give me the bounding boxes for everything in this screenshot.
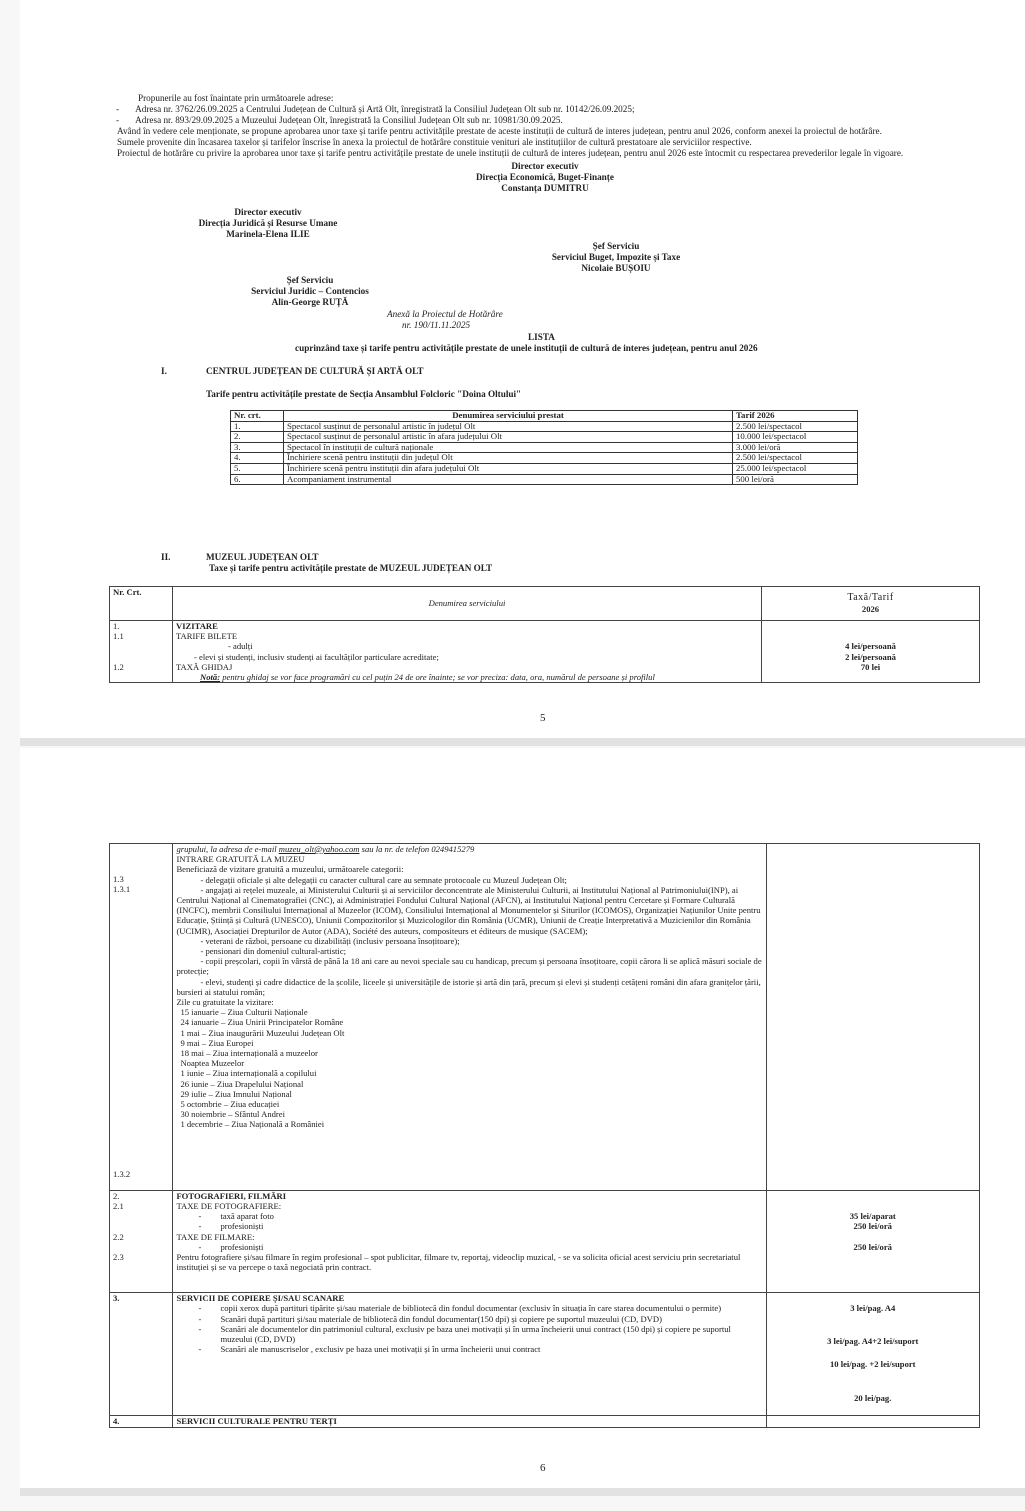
copy-item: copii xerox după partituri tipărite și/s… bbox=[176, 1303, 762, 1313]
fee-scan-manuscrise: 20 lei/pag. bbox=[770, 1393, 976, 1403]
tariff: 25.000 lei/spectacol bbox=[733, 463, 858, 474]
table-row: 2.Spectacol susținut de personalul artis… bbox=[231, 432, 858, 443]
copy-item: Scanări după partituri și/sau materiale … bbox=[176, 1314, 762, 1324]
intro-paragraph-3: Proiectul de hotărâre cu privire la apro… bbox=[117, 148, 903, 159]
section-1-number: I. bbox=[161, 366, 167, 377]
free-day-item: 1 decembrie – Ziua Națională a României bbox=[176, 1119, 762, 1129]
table-row: 5.Închiriere scenă pentru instituții din… bbox=[231, 463, 858, 474]
category-item: - veterani de război, persoane cu dizabi… bbox=[176, 936, 762, 946]
intro-paragraph-2: Sumele provenite din încasarea taxelor ș… bbox=[117, 137, 752, 148]
free-day-item: 9 mai – Ziua Europei bbox=[176, 1038, 762, 1048]
contact-line: grupului, la adresa de e-mail muzeu_olt@… bbox=[176, 844, 762, 854]
signature-contencios: Șef Serviciu Serviciul Juridic – Contenc… bbox=[220, 275, 400, 308]
row-number: 1. bbox=[231, 421, 284, 432]
annex-label: Anexă la Proiectul de Hotărâre bbox=[387, 309, 503, 320]
fee-prof-foto: 250 lei/oră bbox=[770, 1221, 976, 1231]
fee-adulti: 4 lei/persoană bbox=[765, 641, 976, 651]
section-1-subtitle: Tarife pentru activitățile prestate de S… bbox=[206, 389, 521, 400]
header-nr-crt: Nr. Crt. bbox=[110, 587, 173, 621]
service-name: Închiriere scenă pentru instituții din a… bbox=[284, 463, 733, 474]
fee-scan-doc: 3 lei/pag. A4+2 lei/suport bbox=[770, 1336, 976, 1346]
free-day-item: 18 mai – Ziua internațională a muzeelor bbox=[176, 1048, 762, 1058]
address-2: - Adresa nr. 893/29.09.2025 a Muzeului J… bbox=[116, 115, 563, 126]
table-row: 1.Spectacol susținut de personalul artis… bbox=[231, 421, 858, 432]
list-title: LISTA bbox=[528, 332, 555, 343]
tariff: 3.000 lei/oră bbox=[733, 442, 858, 453]
signature-buget: Șef Serviciu Serviciul Buget, Impozite ș… bbox=[520, 241, 712, 274]
table-row: 6.Acompaniament instrumental500 lei/oră bbox=[231, 474, 858, 485]
email-link[interactable]: muzeu_olt@yahoo.com bbox=[279, 844, 360, 854]
service-name: Spectacol în instituții de cultură națio… bbox=[284, 442, 733, 453]
category-item: - pensionari din domeniul cultural-artis… bbox=[176, 946, 762, 956]
page-separator bbox=[20, 1488, 1025, 1496]
free-day-item: 1 mai – Ziua inaugurării Muzeului Județe… bbox=[176, 1028, 762, 1038]
free-day-item: 24 ianuarie – Ziua Unirii Principatelor … bbox=[176, 1017, 762, 1027]
page-number-6: 6 bbox=[540, 1462, 546, 1474]
section-1-table: Nr. crt. Denumirea serviciului prestat T… bbox=[230, 410, 858, 485]
tariff: 2.500 lei/spectacol bbox=[733, 421, 858, 432]
section-1-title: CENTRUL JUDEȚEAN DE CULTURĂ ȘI ARTĂ OLT bbox=[206, 366, 424, 377]
free-days-list: 15 ianuarie – Ziua Culturii Naționale24 … bbox=[176, 1007, 762, 1129]
page-number-5: 5 bbox=[540, 712, 546, 724]
table-row: 3.Spectacol în instituții de cultură naț… bbox=[231, 442, 858, 453]
free-day-item: Noaptea Muzeelor bbox=[176, 1058, 762, 1068]
categories-list: - delegații oficiale și alte delegații c… bbox=[176, 875, 762, 997]
intro-paragraph-1: Având în vedere cele menționate, se prop… bbox=[117, 126, 882, 137]
header-tarif: Tarif 2026 bbox=[733, 411, 858, 422]
signature-juridica: Director executiv Direcția Juridică și R… bbox=[168, 207, 368, 240]
row-number: 4. bbox=[231, 453, 284, 464]
category-item: - angajați ai rețelei muzeale, ai Minist… bbox=[176, 885, 762, 936]
fee-elevi: 2 lei/persoană bbox=[765, 652, 976, 662]
copy-item: Scanări ale manuscriselor , exclusiv pe … bbox=[176, 1344, 762, 1354]
ghidaj-note: Notă: pentru ghidaj se vor face programă… bbox=[176, 672, 758, 682]
category-item: - copii preșcolari, copii în vârstă de p… bbox=[176, 956, 762, 976]
category-item: - elevi, studenți și cadre didactice de … bbox=[176, 977, 762, 997]
tariff: 10.000 lei/spectacol bbox=[733, 432, 858, 443]
category-item: - delegații oficiale și alte delegații c… bbox=[176, 875, 762, 885]
service-name: Închiriere scenă pentru instituții din j… bbox=[284, 453, 733, 464]
row-terti: 4. SERVICII CULTURALE PENTRU TERȚI bbox=[110, 1416, 980, 1427]
free-day-item: 26 iunie – Ziua Drapelului Național bbox=[176, 1079, 762, 1089]
service-name: Spectacol susținut de personalul artisti… bbox=[284, 432, 733, 443]
museum-table-part2: 1.3 1.3.1 1.3.2 grupului, la adresa de e… bbox=[109, 843, 980, 1428]
row-gratuitate: 1.3 1.3.1 1.3.2 grupului, la adresa de e… bbox=[110, 844, 980, 1191]
signature-economica: Director executiv Direcția Economică, Bu… bbox=[440, 161, 650, 194]
page-5: Propunerile au fost înaintate prin următ… bbox=[20, 0, 1025, 738]
free-day-item: 29 iulie – Ziua Imnului Național bbox=[176, 1089, 762, 1099]
header-denumire: Denumirea serviciului bbox=[173, 587, 762, 621]
list-subtitle: cuprinzând taxe și tarife pentru activit… bbox=[295, 343, 758, 354]
fee-aparat: 35 lei/aparat bbox=[770, 1211, 976, 1221]
museum-table-part1: Nr. Crt. Denumirea serviciului Taxă/Tari… bbox=[109, 586, 980, 683]
table-row: 4.Închiriere scenă pentru instituții din… bbox=[231, 453, 858, 464]
row-number: 6. bbox=[231, 474, 284, 485]
row-number: 5. bbox=[231, 463, 284, 474]
copy-items: copii xerox după partituri tipărite și/s… bbox=[176, 1303, 762, 1354]
service-name: Acompaniament instrumental bbox=[284, 474, 733, 485]
row-number: 2. bbox=[231, 432, 284, 443]
service-name: Spectacol susținut de personalul artisti… bbox=[284, 421, 733, 432]
header-taxa: Taxă/Tarif 2026 bbox=[762, 587, 980, 621]
header-service: Denumirea serviciului prestat bbox=[284, 411, 733, 422]
copy-item: Scanări ale documentelor din patrimoniul… bbox=[176, 1324, 762, 1344]
address-1: - Adresa nr. 3762/26.09.2025 a Centrului… bbox=[116, 104, 635, 115]
row-number: 3. bbox=[231, 442, 284, 453]
fee-scan-patrimoniu: 10 lei/pag. +2 lei/suport bbox=[770, 1359, 976, 1369]
tariff: 500 lei/oră bbox=[733, 474, 858, 485]
fee-ghidaj: 70 lei bbox=[765, 662, 976, 672]
header-nr: Nr. crt. bbox=[231, 411, 284, 422]
free-day-item: 1 iunie – Ziua internațională a copilulu… bbox=[176, 1068, 762, 1078]
intro-lead: Propunerile au fost înaintate prin următ… bbox=[138, 93, 333, 104]
row-copiere: 3. SERVICII DE COPIERE ȘI/SAU SCANARE co… bbox=[110, 1293, 980, 1416]
free-day-item: 5 octombrie – Ziua educației bbox=[176, 1099, 762, 1109]
free-day-item: 15 ianuarie – Ziua Culturii Naționale bbox=[176, 1007, 762, 1017]
annex-number: nr. 190/11.11.2025 bbox=[402, 320, 470, 331]
section-2-subtitle: Taxe și tarife pentru activitățile prest… bbox=[209, 563, 492, 574]
free-day-item: 30 noiembrie – Sfântul Andrei bbox=[176, 1109, 762, 1119]
page-separator bbox=[20, 738, 1025, 746]
fee-xerox: 3 lei/pag. A4 bbox=[770, 1303, 976, 1313]
section-2-title: MUZEUL JUDEȚEAN OLT bbox=[206, 552, 319, 563]
fee-prof-film: 250 lei/oră bbox=[770, 1242, 976, 1252]
row-vizitare: 1. 1.1 1.2 VIZITARE TARIFE BILETE - adul… bbox=[110, 621, 980, 683]
page-6: 1.3 1.3.1 1.3.2 grupului, la adresa de e… bbox=[20, 748, 1025, 1488]
tariff: 2.500 lei/spectacol bbox=[733, 453, 858, 464]
section-2-number: II. bbox=[161, 552, 170, 563]
row-foto: 2. 2.1 2.2 2.3 FOTOGRAFIERI, FILMĂRI TAX… bbox=[110, 1190, 980, 1292]
